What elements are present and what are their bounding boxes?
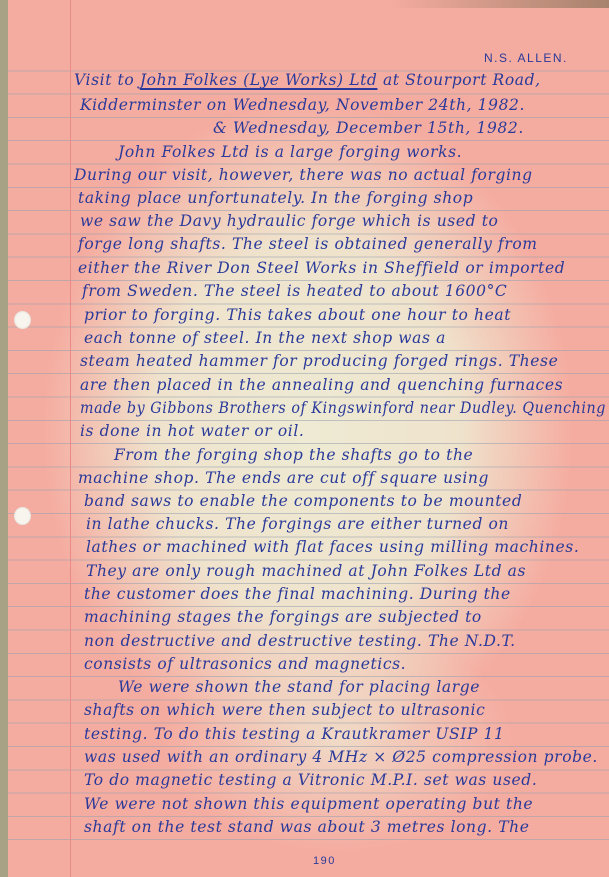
text-line: forge long shafts. The steel is obtained…	[78, 237, 538, 253]
text-line: the customer does the final machining. D…	[84, 587, 511, 603]
text-line: we saw the Davy hydraulic forge which is…	[80, 214, 498, 230]
text-line: made by Gibbons Brothers of Kingswinford…	[80, 401, 606, 417]
text-line: machine shop. The ends are cut off squar…	[78, 471, 489, 487]
text-line: is done in hot water or oil.	[80, 424, 304, 440]
top-stain	[388, 0, 609, 8]
text-line: John Folkes Ltd is a large forging works…	[118, 145, 462, 161]
text-line: from Sweden. The steel is heated to abou…	[82, 284, 507, 300]
text-line: in lathe chucks. The forgings are either…	[86, 517, 509, 533]
text-line: consists of ultrasonics and magnetics.	[84, 657, 406, 673]
margin-line	[70, 0, 71, 877]
text-line: testing. To do this testing a Krautkrame…	[84, 727, 504, 743]
text-line: taking place unfortunately. In the forgi…	[78, 191, 473, 207]
text-line: each tonne of steel. In the next shop wa…	[84, 331, 446, 347]
notebook-page: N.S. ALLEN. Visit to John Folkes (Lye Wo…	[8, 0, 609, 877]
text-line: From the forging shop the shafts go to t…	[114, 448, 473, 464]
heading-company: John Folkes (Lye Works) Ltd	[140, 71, 378, 89]
text-line: lathes or machined with flat faces using…	[86, 540, 579, 556]
text-line: During our visit, however, there was no …	[74, 168, 533, 184]
heading-prefix: Visit to	[74, 71, 140, 89]
text-line: are then placed in the annealing and que…	[80, 378, 563, 394]
text-line: steam heated hammer for producing forged…	[80, 354, 558, 370]
heading-line-1: Visit to John Folkes (Lye Works) Ltd at …	[74, 73, 541, 89]
text-line: We were shown the stand for placing larg…	[118, 680, 480, 696]
text-line: They are only rough machined at John Fol…	[86, 564, 526, 580]
punch-hole-top	[14, 311, 31, 329]
text-line: To do magnetic testing a Vitronic M.P.I.…	[84, 773, 537, 789]
text-line: shaft on the test stand was about 3 metr…	[84, 820, 530, 836]
text-line: either the River Don Steel Works in Shef…	[78, 261, 565, 277]
heading-suffix: at Stourport Road,	[377, 71, 540, 89]
text-line: non destructive and destructive testing.…	[84, 634, 516, 650]
heading-line-2: Kidderminster on Wednesday, November 24t…	[80, 98, 525, 114]
text-line: machining stages the forgings are subjec…	[84, 610, 482, 626]
page-number: 190	[313, 856, 336, 867]
author-name: N.S. ALLEN.	[484, 52, 568, 64]
punch-hole-bottom	[14, 507, 31, 525]
text-line: shafts on which were then subject to ult…	[84, 703, 485, 719]
text-line: prior to forging. This takes about one h…	[84, 308, 511, 324]
text-line: was used with an ordinary 4 MHz × Ø25 co…	[84, 750, 598, 766]
heading-line-3: & Wednesday, December 15th, 1982.	[213, 121, 524, 137]
text-line: We were not shown this equipment operati…	[84, 797, 533, 813]
text-line: band saws to enable the components to be…	[84, 494, 522, 510]
